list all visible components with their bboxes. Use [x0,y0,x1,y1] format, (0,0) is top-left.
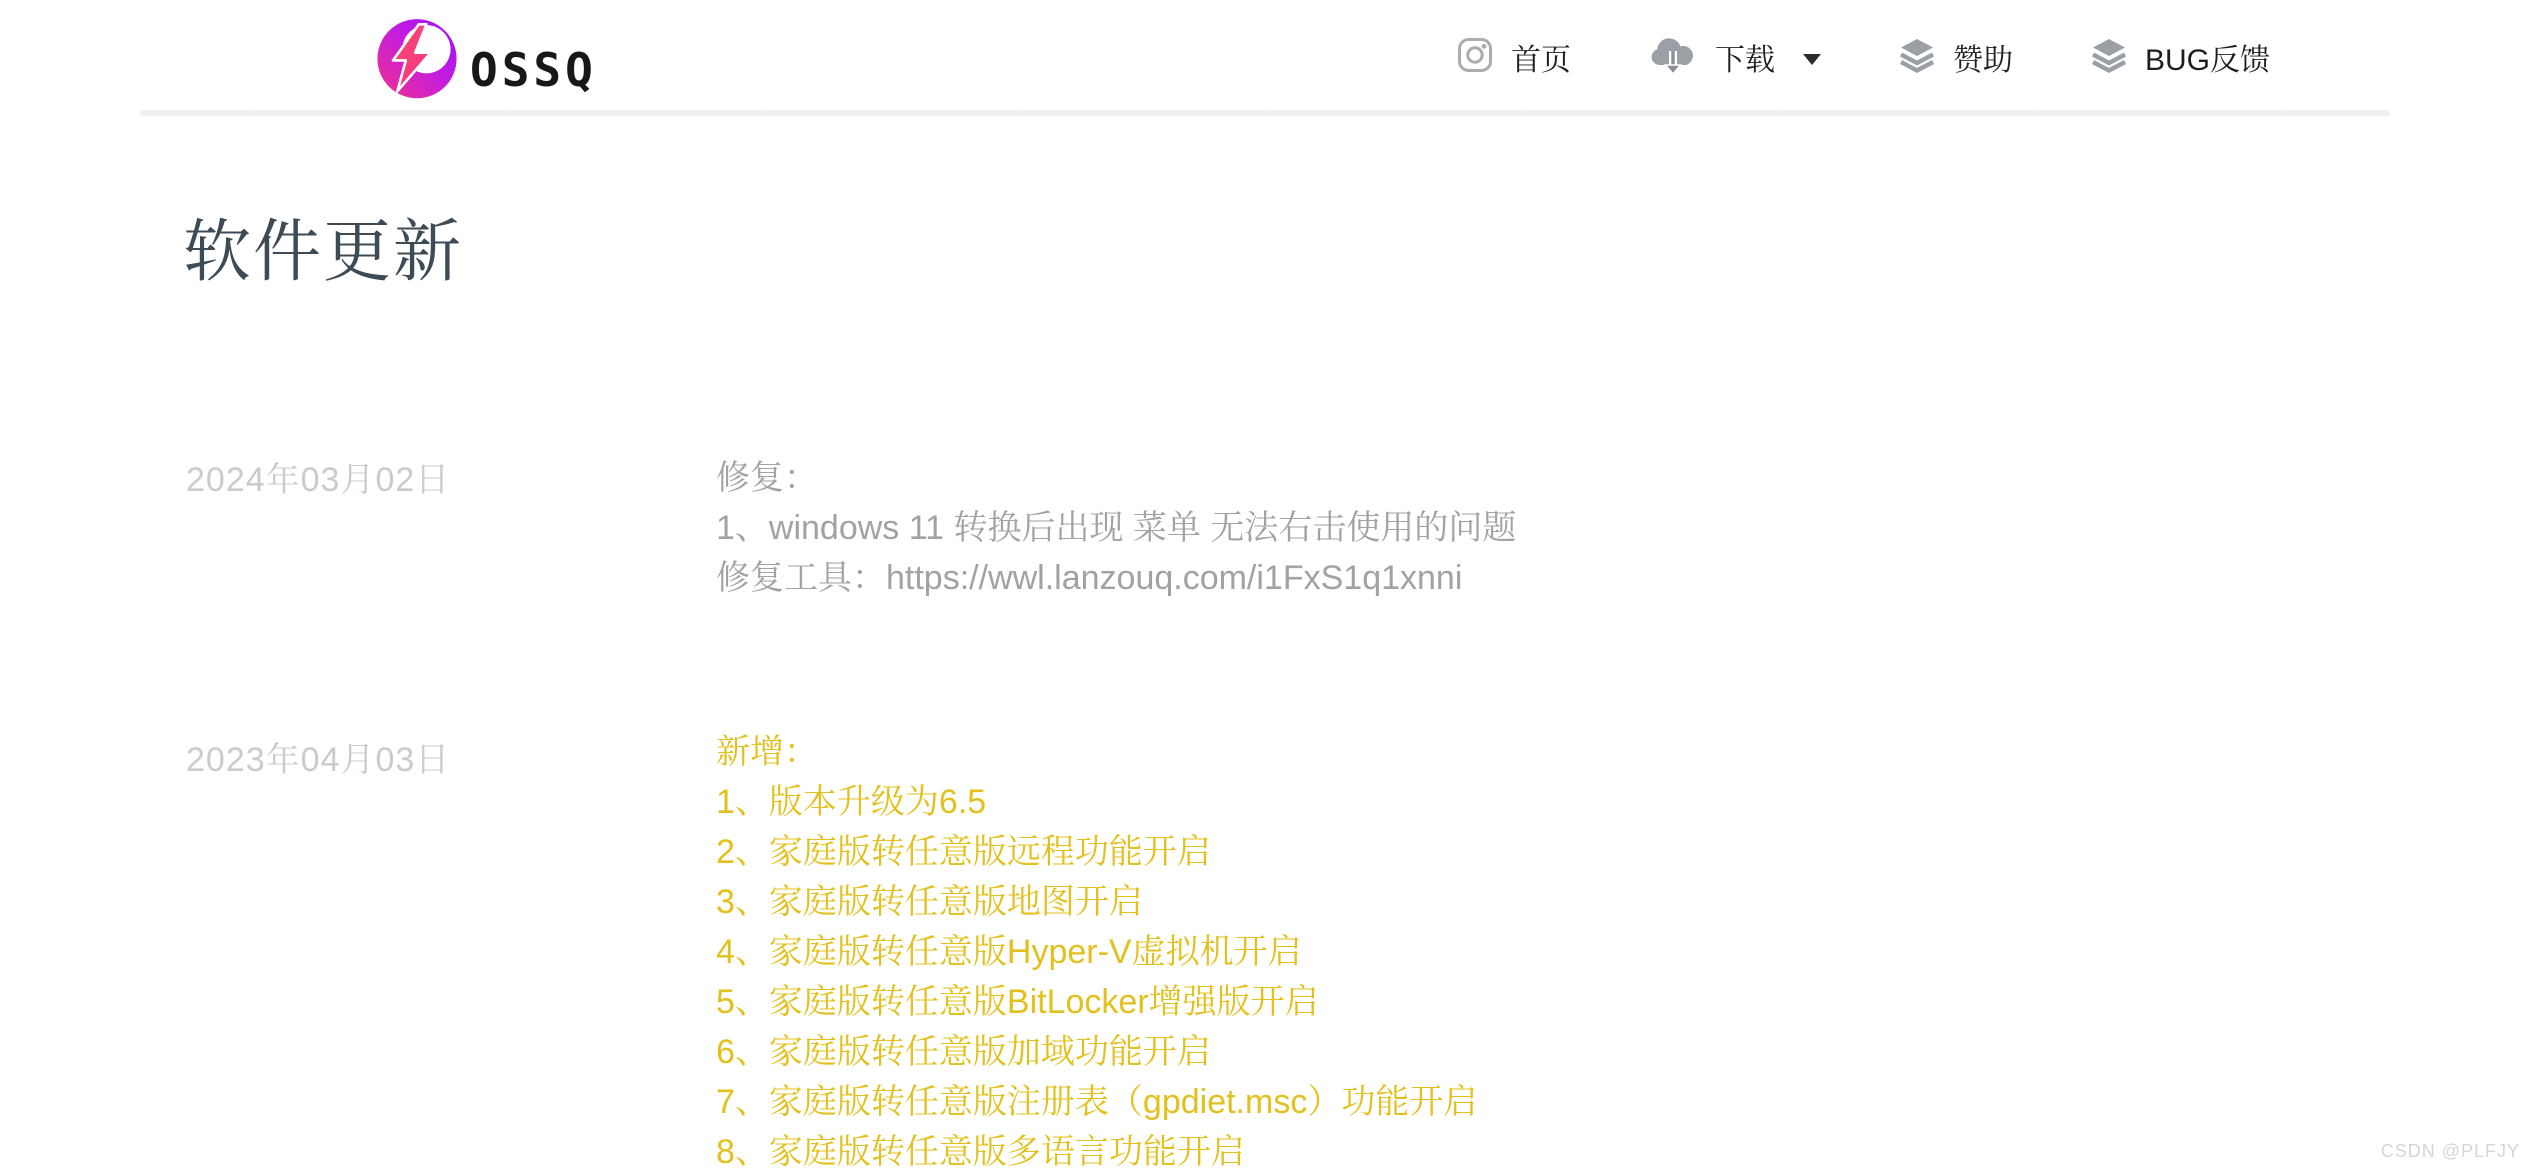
logo-text: OSSQ [470,17,597,97]
update-line: 7、家庭版转任意版注册表（gpdiet.msc）功能开启 [716,1077,1477,1127]
layers-icon [1899,37,1935,78]
nav-item-home[interactable]: 首页 [1457,35,1571,79]
csdn-watermark: CSDN @PLFJY [2381,1141,2520,1162]
nav-label-home: 首页 [1511,35,1571,79]
update-line: 4、家庭版转任意版Hyper-V虚拟机开启 [716,927,1477,977]
update-line: 8、家庭版转任意版多语言功能开启 [716,1127,1477,1170]
update-entry-fix: 修复： 1、windows 11 转换后出现 菜单 无法右击使用的问题 修复工具… [716,453,1516,603]
camera-icon [1457,37,1493,78]
update-line: 修复： [716,453,1516,503]
header-divider [140,110,2390,116]
logo-bolt-icon [374,12,460,102]
layers-icon [2091,37,2127,78]
nav-label-sponsor: 赞助 [1953,35,2013,79]
main-nav: 首页 下载 [1457,0,2270,114]
update-line: 6、家庭版转任意版加域功能开启 [716,1027,1477,1077]
update-line: 5、家庭版转任意版BitLocker增强版开启 [716,977,1477,1027]
update-line: 3、家庭版转任意版地图开启 [716,877,1477,927]
nav-item-sponsor[interactable]: 赞助 [1899,35,2013,79]
nav-label-download: 下载 [1715,35,1775,79]
update-line: 2、家庭版转任意版远程功能开启 [716,827,1477,877]
update-line: 1、版本升级为6.5 [716,777,1477,827]
nav-item-download[interactable]: 下载 [1649,34,1821,81]
logo[interactable]: OSSQ [374,12,597,102]
nav-item-bug-feedback[interactable]: BUG反馈 [2091,35,2270,79]
nav-label-bug-feedback: BUG反馈 [2145,35,2270,79]
update-date: 2024年03月02日 [186,452,450,501]
update-entry-new: 新增： 1、版本升级为6.5 2、家庭版转任意版远程功能开启 3、家庭版转任意版… [716,727,1477,1170]
page-title: 软件更新 [183,198,463,295]
update-line: 新增： [716,727,1477,777]
cloud-download-icon [1649,34,1697,81]
chevron-down-icon [1803,54,1821,65]
update-line: 1、windows 11 转换后出现 菜单 无法右击使用的问题 [716,503,1516,553]
update-date: 2023年04月03日 [186,732,450,781]
update-line-repair-tool-link: 修复工具：https://wwl.lanzouq.com/i1FxS1q1xnn… [716,553,1516,603]
software-update-page: OSSQ 首页 [0,0,2532,1170]
header: OSSQ 首页 [0,0,2532,114]
